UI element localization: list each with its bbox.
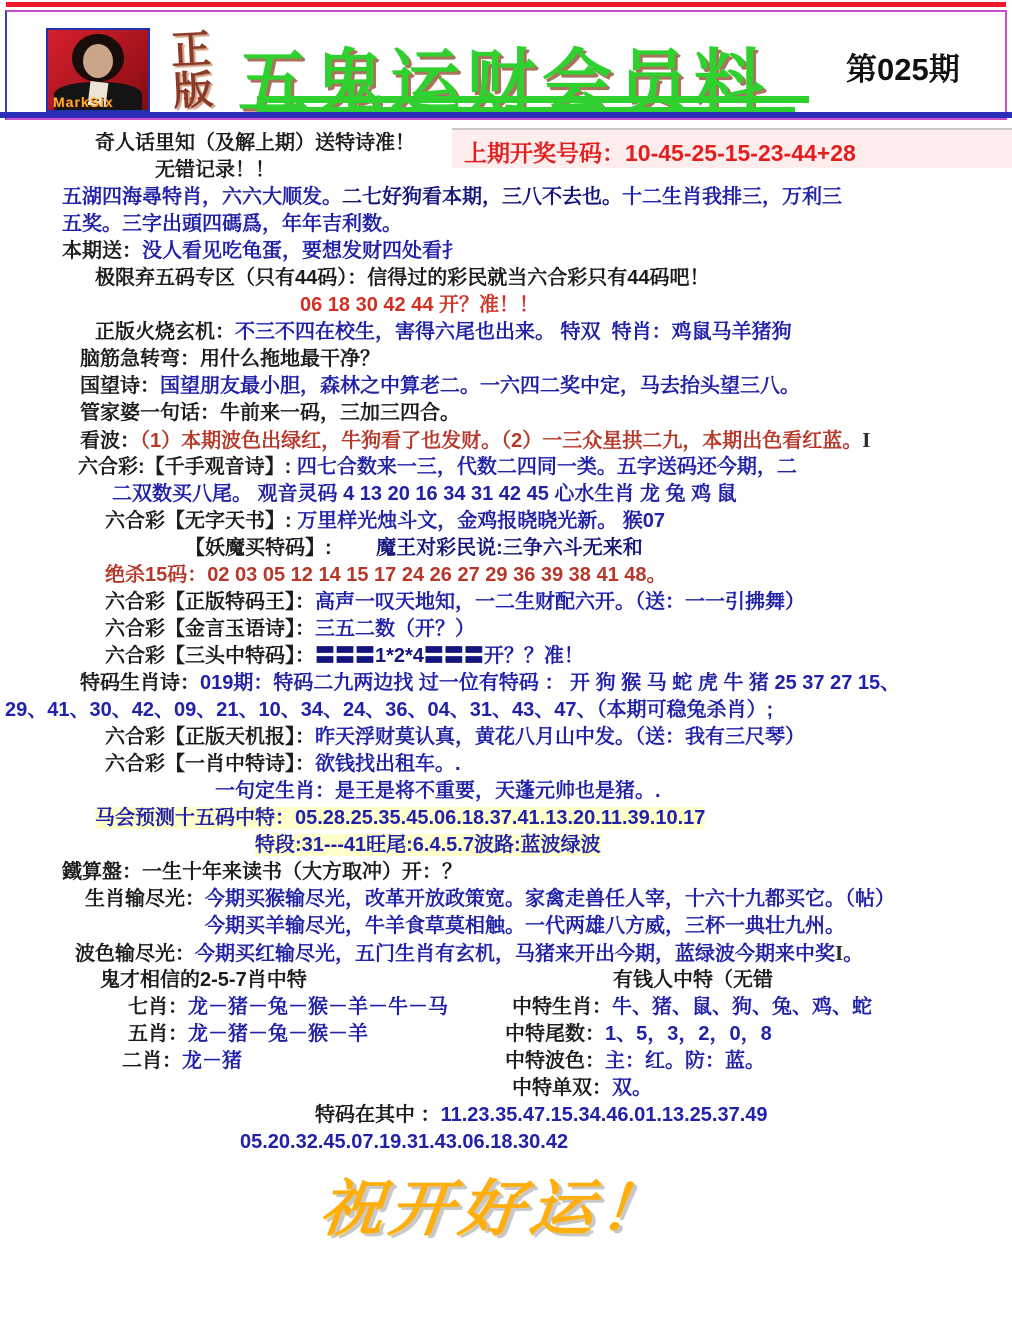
text-line: 绝杀15码：02 03 05 12 14 15 17 24 26 27 29 3… (0, 562, 1012, 589)
text-segment: 一句定生肖：是王是将不重要，天蓬元帅也是猪。. (215, 780, 661, 802)
text-segment: 主：红。防：蓝。 (605, 1050, 765, 1072)
text-segment: 今期买红输尽光，五门生肖有玄机，马猪来开出今期，蓝绿波今期来中奖 (195, 943, 835, 965)
text-segment: 国望朋友最小胆，森林之中算老二。一六四二奖中定，马去抬头望三八。 (160, 375, 800, 397)
text-segment: 六合彩【正版特码王】： (105, 591, 315, 613)
text-segment: 六合彩:【千手观音诗】: (78, 456, 297, 478)
text-line: 六合彩:【千手观音诗】: 四七合数来一三，代数二四同一类。五字送码还今期，二 (0, 454, 1012, 481)
text-segment: 国望诗： (80, 375, 160, 397)
text-segment: 欲钱找出租车。. (315, 753, 461, 775)
text-segment: 管家婆一句话：牛前来一码，三加三四合。 (80, 402, 460, 424)
text-line-col2: 中特波色：主：红。防：蓝。 (505, 1048, 765, 1075)
text-line-content: 脑筋急转弯：用什么拖地最干净？ (80, 348, 380, 370)
text-segment: 特段:31---41旺尾:6.4.5.7波路:蓝波绿波 (255, 834, 601, 856)
text-line-content: 国望诗：国望朋友最小胆，森林之中算老二。一六四二奖中定，马去抬头望三八。 (80, 375, 800, 397)
text-segment: 特码生肖诗： (80, 672, 200, 694)
text-line-content: 本期送：没人看见吃龟蛋，要想发财四处看扌 (62, 240, 462, 262)
text-line-content: 六合彩【一肖中特诗】：欲钱找出租车。. (105, 753, 461, 775)
text-line-content: 05.20.32.45.07.19.31.43.06.18.30.42 (240, 1131, 568, 1153)
text-line: 本期送：没人看见吃龟蛋，要想发财四处看扌 (0, 238, 1012, 265)
text-segment: （1）本期波色出绿红，牛狗看了也发财。（2）一三众星拱二九，本期出色看红蓝。 (140, 430, 862, 452)
text-segment: 无错记录！！ (155, 159, 275, 181)
text-segment: 龙－猪－兔－猴－羊 (188, 1023, 368, 1045)
content-lines: 奇人话里知（及解上期）送特诗准！无错记录！！五湖四海尋特肖，六六大顺发。二七好狗… (0, 130, 1012, 1156)
text-segment: 龙－猪－兔－猴－羊－牛－马 (188, 996, 448, 1018)
text-line: 鐵算盤：一生十年来读书（大方取冲）开：？ (0, 859, 1012, 886)
text-segment: 中特波色： (505, 1050, 605, 1072)
text-segment: 牛、猪、鼠、狗、兔、鸡、蛇 (612, 996, 872, 1018)
text-line: 脑筋急转弯：用什么拖地最干净？ (0, 346, 1012, 373)
text-segment: 1、5，3，2，0，8 (605, 1023, 772, 1045)
text-line: 六合彩【三头中特码】：〓〓〓1*2*4〓〓〓开？？准！ (0, 643, 1012, 670)
text-segment: 二双数买八尾。 观音灵码 4 13 20 16 34 31 42 45 心水生肖… (112, 483, 737, 505)
text-line: 一句定生肖：是王是将不重要，天蓬元帅也是猪。. (0, 778, 1012, 805)
text-segment: 极限弃五码专区（只有44码）：信得过的彩民就当六合彩只有44码吧！ (95, 267, 710, 289)
text-line-col2: 中特生肖：牛、猪、鼠、狗、兔、鸡、蛇 (512, 994, 872, 1021)
text-segment: 四七合数来一三，代数二四同一类。五字送码还今期，二 (297, 456, 797, 478)
text-segment: 高声一叹天地知，一二生财配六开。（送：一一引拂舞） (315, 591, 805, 613)
text-line-content: 29、41、30、42、09、21、10、34、24、36、04、31、43、4… (5, 699, 773, 721)
text-line: 极限弃五码专区（只有44码）：信得过的彩民就当六合彩只有44码吧！ (0, 265, 1012, 292)
text-segment: 波色输尽光： (75, 943, 195, 965)
text-line-content: 五肖：龙－猪－兔－猴－羊 (128, 1023, 368, 1045)
photo-caption: MarkSix (53, 94, 114, 110)
text-segment: 六合彩【正版天机报】： (105, 726, 315, 748)
text-segment: 有钱人中特（无错 (613, 969, 773, 991)
text-segment: 六合彩【一肖中特诗】： (105, 753, 315, 775)
text-line-content: 六合彩【正版天机报】：昨天浮财莫认真，黄花八月山中发。（送：我有三尺琴） (105, 726, 805, 748)
text-line-content: 【妖魔买特码】: 魔王对彩民说:三争六斗无来和 (185, 537, 643, 559)
header-top-red-rule (6, 2, 1006, 7)
text-segment: 昨天浮财莫认真，黄花八月山中发。（送：我有三尺琴） (315, 726, 805, 748)
page: MarkSix ♥♥ 正版 五鬼运财会员料 第025期 上期开奖号码：10-45… (0, 0, 1012, 1321)
text-segment: 中特生肖： (512, 996, 612, 1018)
portrait-face (83, 44, 113, 78)
text-line: 六合彩【无字天书】: 万里样光烛斗文，金鸡报晓晓光新。 猴07 (0, 508, 1012, 535)
text-line: 六合彩【正版特码王】：高声一叹天地知，一二生财配六开。（送：一一引拂舞） (0, 589, 1012, 616)
text-line-content: 六合彩【金言玉语诗】：三五二数（开？） (105, 618, 475, 640)
text-line-content: 正版火烧玄机：不三不四在校生，害得六尾也出来。 特双 特肖：鸡鼠马羊猪狗 (95, 321, 792, 343)
edition-stamp: 正版 (170, 29, 220, 113)
text-segment: 29、41、30、42、09、21、10、34、24、36、04、31、43、4… (5, 699, 773, 721)
text-segment: 龙－猪 (182, 1050, 242, 1072)
portrait-photo: MarkSix (46, 28, 150, 112)
issue-number: 第025期 (846, 44, 960, 89)
text-line: 六合彩【金言玉语诗】：三五二数（开？） (0, 616, 1012, 643)
text-segment: 看波： (80, 430, 140, 452)
text-segment: 脑筋急转弯：用什么拖地最干净？ (80, 348, 380, 370)
text-line-content: 生肖输尽光：今期买猴输尽光，改革开放政策宽。家禽走兽任人宰，十六十九都买它。（帖… (85, 888, 895, 910)
text-segment: 生肖输尽光： (85, 888, 205, 910)
text-segment: 二七好狗看本期，三八不去也。 (342, 186, 622, 208)
text-line-content: 二双数买八尾。 观音灵码 4 13 20 16 34 31 42 45 心水生肖… (112, 483, 737, 505)
text-line: 管家婆一句话：牛前来一码，三加三四合。 (0, 400, 1012, 427)
text-line-content: 鐵算盤：一生十年来读书（大方取冲）开：？ (62, 861, 462, 883)
text-segment: 奇人话里知（及解上期）送特诗准！ (95, 132, 415, 154)
text-segment: 本期送： (62, 240, 142, 262)
text-segment: 05.20.32.45.07.19.31.43.06.18.30.42 (240, 1131, 568, 1153)
text-line-content: 今期买羊输尽光，牛羊食草莫相触。一代两雄八方威，三杯一典壮九州。 (205, 915, 845, 937)
text-segment: 六合彩【无字天书】: (105, 510, 297, 532)
text-segment: 双。 (612, 1077, 652, 1099)
text-line: 06 18 30 42 44 开？准！！ (0, 292, 1012, 319)
text-line-content: 波色输尽光：今期买红输尽光，五门生肖有玄机，马猪来开出今期，蓝绿波今期来中奖I。 (75, 943, 863, 965)
text-line-content: 特码在其中 ：11.23.35.47.15.34.46.01.13.25.37.… (315, 1104, 768, 1126)
text-line: 五肖：龙－猪－兔－猴－羊中特尾数：1、5，3，2，0，8 (0, 1021, 1012, 1048)
text-line-col2: 有钱人中特（无错 (613, 967, 773, 994)
text-line-content: 管家婆一句话：牛前来一码，三加三四合。 (80, 402, 460, 424)
text-segment: 【妖魔买特码】: (185, 537, 332, 559)
text-segment: 七肖： (128, 996, 188, 1018)
text-segment: 中特尾数： (505, 1023, 605, 1045)
text-segment: 没人看见吃龟蛋，要想发财四处看扌 (142, 240, 462, 262)
text-line: 波色输尽光：今期买红输尽光，五门生肖有玄机，马猪来开出今期，蓝绿波今期来中奖I。 (0, 940, 1012, 967)
text-segment: 万里样光烛斗文，金鸡报晓晓光新。 猴07 (297, 510, 665, 532)
text-line-content: 奇人话里知（及解上期）送特诗准！ (95, 132, 415, 154)
text-line: 奇人话里知（及解上期）送特诗准！ (0, 130, 1012, 157)
text-segment: 五奖。三字出頭四碼爲，年年吉利数。 (62, 213, 402, 235)
text-line: 六合彩【正版天机报】：昨天浮财莫认真，黄花八月山中发。（送：我有三尺琴） (0, 724, 1012, 751)
text-segment: 鐵算盤：一生十年来读书（大方取冲）开：？ (62, 861, 462, 883)
header-bottom-blue-rule (0, 112, 1012, 118)
text-segment: 今期买猴输尽光，改革开放政策宽。家禽走兽任人宰，十六十九都买它。（帖） (205, 888, 895, 910)
text-line: 马会预测十五码中特：05.28.25.35.45.06.18.37.41.13.… (0, 805, 1012, 832)
text-line: 特码在其中 ：11.23.35.47.15.34.46.01.13.25.37.… (0, 1102, 1012, 1129)
text-segment: 马会预测十五码中特：05.28.25.35.45.06.18.37.41.13.… (95, 807, 705, 829)
text-segment: 019期：特码二九两边找 过一位有特码 ： 开 狗 猴 马 蛇 虎 牛 猪 25… (200, 672, 900, 694)
text-segment: 〓〓〓1*2*4〓〓〓 (315, 645, 484, 667)
text-line-content: 06 18 30 42 44 开？准！！ (300, 294, 539, 316)
text-segment: 11.23.35.47.15.34.46.01.13.25.37.49 (441, 1104, 768, 1126)
text-line: 五湖四海尋特肖，六六大顺发。二七好狗看本期，三八不去也。十二生肖我排三，万利三 (0, 184, 1012, 211)
text-line: 五奖。三字出頭四碼爲，年年吉利数。 (0, 211, 1012, 238)
text-line-content: 六合彩【无字天书】: 万里样光烛斗文，金鸡报晓晓光新。 猴07 (105, 510, 665, 532)
text-line-content: 极限弃五码专区（只有44码）：信得过的彩民就当六合彩只有44码吧！ (95, 267, 710, 289)
text-line: 鬼才相信的2-5-7肖中特有钱人中特（无错 (0, 967, 1012, 994)
text-line: 七肖：龙－猪－兔－猴－羊－牛－马中特生肖：牛、猪、鼠、狗、兔、鸡、蛇 (0, 994, 1012, 1021)
text-segment: 今期买羊输尽光，牛羊食草莫相触。一代两雄八方威，三杯一典壮九州。 (205, 915, 845, 937)
text-segment: 五肖： (128, 1023, 188, 1045)
text-cursor-icon: I (862, 428, 870, 452)
text-line-content: 六合彩:【千手观音诗】: 四七合数来一三，代数二四同一类。五字送码还今期，二 (78, 456, 797, 478)
text-line: 特段:31---41旺尾:6.4.5.7波路:蓝波绿波 (0, 832, 1012, 859)
text-line-content: 七肖：龙－猪－兔－猴－羊－牛－马 (128, 996, 448, 1018)
text-line-content: 六合彩【三头中特码】：〓〓〓1*2*4〓〓〓开？？准！ (105, 645, 584, 667)
text-line: 生肖输尽光：今期买猴输尽光，改革开放政策宽。家禽走兽任人宰，十六十九都买它。（帖… (0, 886, 1012, 913)
text-segment: 二肖： (122, 1050, 182, 1072)
text-line: 看波：（1）本期波色出绿红，牛狗看了也发财。（2）一三众星拱二九，本期出色看红蓝… (0, 427, 1012, 454)
text-segment: 鬼才相信的2-5-7肖中特 (100, 969, 307, 991)
title-underline (257, 96, 809, 103)
text-line-content: 特码生肖诗：019期：特码二九两边找 过一位有特码 ： 开 狗 猴 马 蛇 虎 … (80, 672, 900, 694)
text-segment: 不三不四在校生，害得六尾也出来。 特双 特肖：鸡鼠马羊猪狗 (235, 321, 792, 343)
text-segment: 五湖四海尋特肖，六六大顺发。 (62, 186, 342, 208)
text-segment: 正版火烧玄机： (95, 321, 235, 343)
text-line: 二肖：龙－猪中特波色：主：红。防：蓝。 (0, 1048, 1012, 1075)
text-line-col2: 中特尾数：1、5，3，2，0，8 (505, 1021, 772, 1048)
text-segment: 开？？准！ (484, 645, 584, 667)
text-line: 无错记录！！ (0, 157, 1012, 184)
text-line: 今期买羊输尽光，牛羊食草莫相触。一代两雄八方威，三杯一典壮九州。 (0, 913, 1012, 940)
text-segment: 中特单双： (512, 1077, 612, 1099)
wordart-greeting: 祝开好运！ (315, 1160, 674, 1247)
text-cursor-icon: I (835, 941, 843, 965)
text-segment: 魔王对彩民说:三争六斗无来和 (332, 537, 643, 559)
text-line-content: 绝杀15码：02 03 05 12 14 15 17 24 26 27 29 3… (105, 564, 667, 586)
text-line-content: 五湖四海尋特肖，六六大顺发。二七好狗看本期，三八不去也。十二生肖我排三，万利三 (62, 186, 842, 208)
text-segment: 三五二数（开？） (315, 618, 475, 640)
text-line-col2: 中特单双：双。 (512, 1075, 652, 1102)
text-line: 正版火烧玄机：不三不四在校生，害得六尾也出来。 特双 特肖：鸡鼠马羊猪狗 (0, 319, 1012, 346)
text-line: 【妖魔买特码】: 魔王对彩民说:三争六斗无来和 (0, 535, 1012, 562)
text-line-content: 看波：（1）本期波色出绿红，牛狗看了也发财。（2）一三众星拱二九，本期出色看红蓝… (80, 430, 870, 452)
text-line-content: 一句定生肖：是王是将不重要，天蓬元帅也是猪。. (215, 780, 661, 802)
text-segment: 绝杀15码：02 03 05 12 14 15 17 24 26 27 29 3… (105, 564, 667, 586)
text-line-content: 六合彩【正版特码王】：高声一叹天地知，一二生财配六开。（送：一一引拂舞） (105, 591, 805, 613)
text-line-content: 二肖：龙－猪 (122, 1050, 242, 1072)
text-segment: 特码在其中 ： (315, 1104, 441, 1126)
text-line: 二双数买八尾。 观音灵码 4 13 20 16 34 31 42 45 心水生肖… (0, 481, 1012, 508)
text-segment: 六合彩【金言玉语诗】： (105, 618, 315, 640)
text-segment: 十二生肖我排三，万利三 (622, 186, 842, 208)
text-segment: 。 (843, 943, 863, 965)
text-line: 中特单双：双。 (0, 1075, 1012, 1102)
text-line-content: 鬼才相信的2-5-7肖中特 (100, 969, 307, 991)
text-segment: 06 18 30 42 44 开？准！！ (300, 294, 539, 316)
text-line: 29、41、30、42、09、21、10、34、24、36、04、31、43、4… (0, 697, 1012, 724)
text-line: 国望诗：国望朋友最小胆，森林之中算老二。一六四二奖中定，马去抬头望三八。 (0, 373, 1012, 400)
text-line-content: 五奖。三字出頭四碼爲，年年吉利数。 (62, 213, 402, 235)
highlighted-text: 马会预测十五码中特：05.28.25.35.45.06.18.37.41.13.… (95, 807, 705, 829)
text-segment: 六合彩【三头中特码】： (105, 645, 315, 667)
text-line: 05.20.32.45.07.19.31.43.06.18.30.42 (0, 1129, 1012, 1156)
text-line: 特码生肖诗：019期：特码二九两边找 过一位有特码 ： 开 狗 猴 马 蛇 虎 … (0, 670, 1012, 697)
highlighted-text: 特段:31---41旺尾:6.4.5.7波路:蓝波绿波 (255, 834, 601, 856)
text-line-content: 无错记录！！ (155, 159, 275, 181)
text-line: 六合彩【一肖中特诗】：欲钱找出租车。. (0, 751, 1012, 778)
